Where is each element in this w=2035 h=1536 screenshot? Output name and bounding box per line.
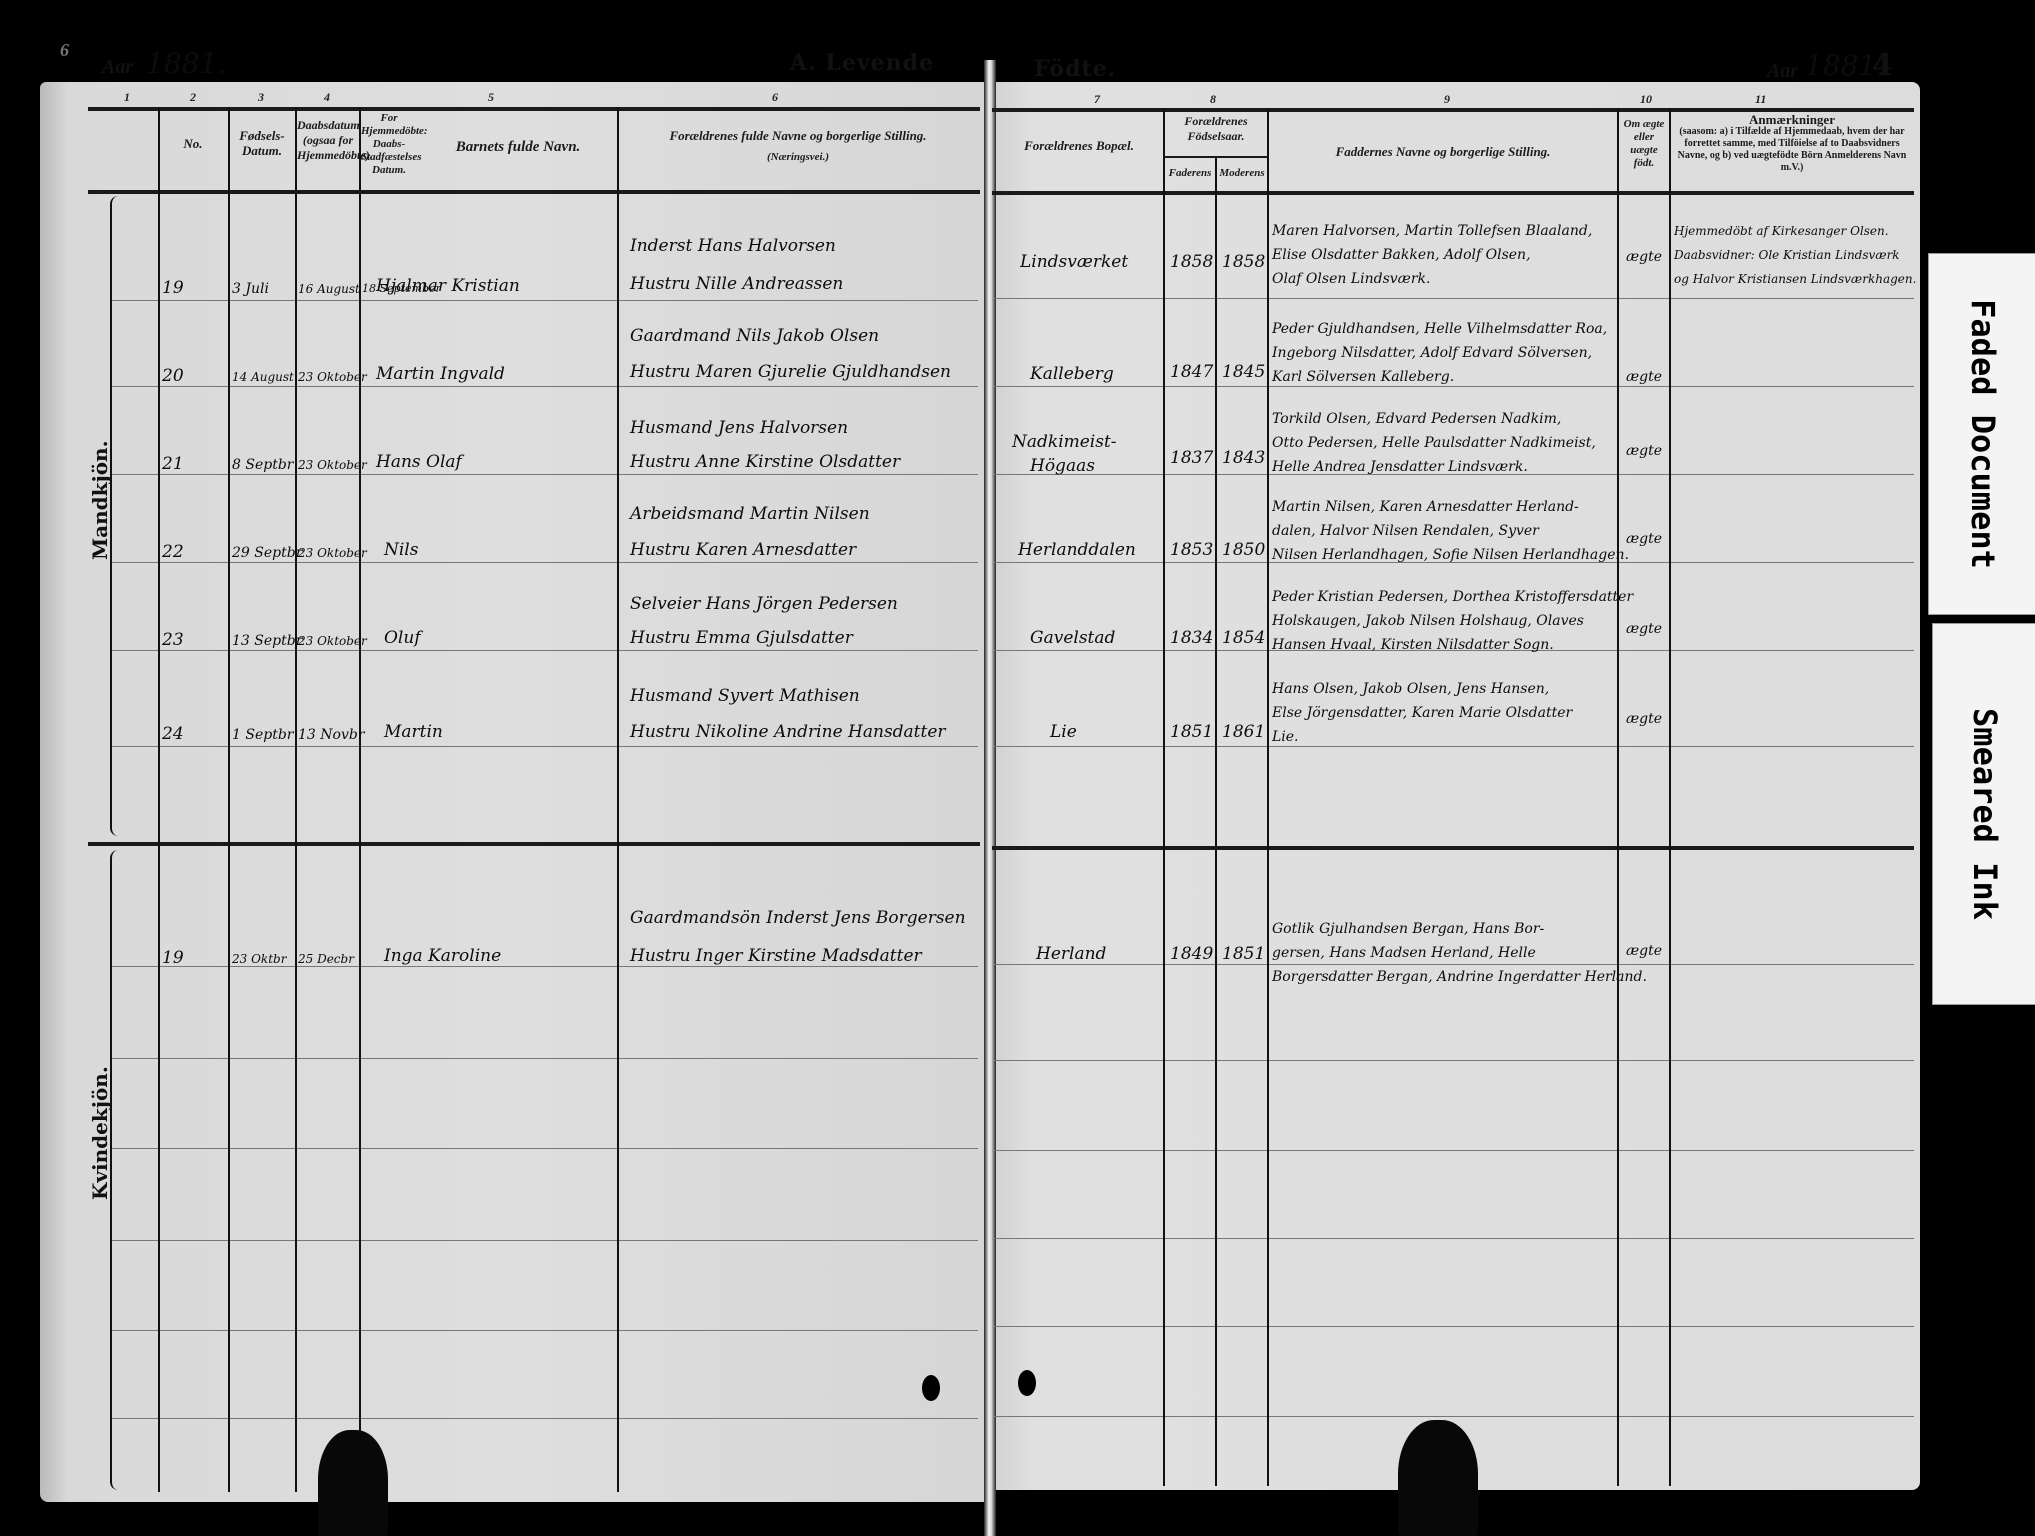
entry-child-name: Martin Ingvald <box>376 364 505 384</box>
entry-godparents-line: Torkild Olsen, Edvard Pedersen Nadkim, <box>1272 408 1561 430</box>
col-number: 10 <box>1640 92 1652 107</box>
row-rule <box>994 1150 1914 1151</box>
entry-godparents-line: Hansen Hvaal, Kirsten Nilsdatter Sogn. <box>1272 634 1554 656</box>
entry-no: 19 <box>162 278 184 298</box>
column-rule <box>295 107 297 1492</box>
col-number: 6 <box>772 90 778 105</box>
header-father-year: Faderens <box>1166 166 1214 181</box>
col-number: 9 <box>1444 92 1450 107</box>
entry-father: Arbeidsmand Martin Nilsen <box>630 504 870 524</box>
entry-mother-year: 1843 <box>1222 448 1265 468</box>
entry-godparents-line: Else Jörgensdatter, Karen Marie Olsdatte… <box>1272 702 1572 724</box>
entry-no: 22 <box>162 542 184 562</box>
row-rule <box>110 300 978 301</box>
entry-godparents-line: Ingeborg Nilsdatter, Adolf Edvard Sölver… <box>1272 342 1592 364</box>
entry-godparents-line: Gotlik Gjulhandsen Bergan, Hans Bor- <box>1272 918 1544 940</box>
binding-clasp-right <box>1018 1370 1036 1396</box>
entry-father: Selveier Hans Jörgen Pedersen <box>630 594 898 614</box>
row-rule <box>994 964 1914 965</box>
entry-residence: Kalleberg <box>1030 364 1114 384</box>
entry-residence: Lindsværket <box>1020 252 1128 272</box>
row-rule <box>110 1148 978 1149</box>
book-spine <box>984 60 996 1536</box>
page-number: 4 <box>1872 48 1893 83</box>
section-label-female: Kvindekjön. <box>88 1066 112 1200</box>
entry-residence: Lie <box>1050 722 1077 742</box>
entry-father-year: 1849. <box>1170 944 1219 964</box>
entry-no: 21 <box>162 454 184 474</box>
entry-father-year: 1851 <box>1170 722 1213 742</box>
right-page <box>995 82 1920 1490</box>
entry-remarks-line: og Halvor Kristiansen Lindsværkhagen. <box>1674 268 1916 290</box>
entry-father-year: 1853 <box>1170 540 1213 560</box>
row-rule <box>110 746 978 747</box>
entry-child-name: Martin <box>384 722 443 742</box>
entry-legitimacy: ægte <box>1626 940 1662 962</box>
entry-birth-date: 3 Juli <box>232 278 269 300</box>
entry-mother-year: 1854. <box>1222 628 1271 648</box>
entry-baptism-date: 13 Novbr <box>298 724 365 746</box>
column-rule <box>228 107 230 1492</box>
header-bottom-rule <box>88 190 980 194</box>
header-bottom-rule <box>992 191 1914 195</box>
entry-godparents-line: Lie. <box>1272 726 1299 748</box>
column-rule <box>1163 108 1165 1486</box>
entry-legitimacy: ægte <box>1626 528 1662 550</box>
section-divider <box>88 842 980 846</box>
entry-legitimacy: ægte <box>1626 618 1662 640</box>
entry-legitimacy: ægte <box>1626 366 1662 388</box>
entry-mother-year: 1851 <box>1222 944 1265 964</box>
binding-clasp-left <box>922 1375 940 1401</box>
entry-godparents-line: Otto Pedersen, Helle Paulsdatter Nadkime… <box>1272 432 1596 454</box>
entry-father: Husmand Syvert Mathisen <box>630 686 860 706</box>
header-legitimacy: Om ægte eller uægte födt. <box>1620 118 1668 170</box>
year-value-left: 1881. <box>146 48 226 80</box>
thumb-shadow-left <box>318 1430 388 1536</box>
entry-father-year: 1858 <box>1170 252 1213 272</box>
row-rule <box>994 1416 1914 1417</box>
header-birth-years: Forældrenes Födselsaar. <box>1166 114 1266 144</box>
entry-baptism-date: 25 Decbr <box>298 948 354 970</box>
col-number: 3 <box>258 90 264 105</box>
entry-godparents-line: Holskaugen, Jakob Nilsen Holshaug, Olave… <box>1272 610 1584 632</box>
year-label-left: Aar <box>102 56 133 79</box>
tab-label: Faded Document <box>1964 299 2002 569</box>
entry-baptism-date: 23 Oktober <box>298 630 367 652</box>
thumb-shadow-right <box>1398 1420 1478 1536</box>
entry-birth-date: 14 August <box>232 366 294 388</box>
entry-mother-year: 1861 <box>1222 722 1265 742</box>
entry-godparents-line: Borgersdatter Bergan, Andrine Ingerdatte… <box>1272 966 1647 988</box>
row-rule <box>110 1330 978 1331</box>
column-rule <box>359 107 361 1492</box>
entry-birth-date: 1 Septbr <box>232 724 293 746</box>
col-number: 8 <box>1210 92 1216 107</box>
title-left: A. Levende <box>790 50 934 76</box>
entry-godparents-line: Olaf Olsen Lindsværk. <box>1272 268 1430 290</box>
entry-father-year: 1837 <box>1170 448 1213 468</box>
section-divider <box>992 846 1914 850</box>
title-right: Födte. <box>1034 56 1116 82</box>
entry-child-name: Hjalmar Kristian <box>376 276 520 296</box>
entry-birth-date: 13 Septbr <box>232 630 302 652</box>
entry-no: 23 <box>162 630 184 650</box>
entry-residence: Gavelstad <box>1030 628 1115 648</box>
entry-remarks-line: Hjemmedöbt af Kirkesanger Olsen. <box>1674 220 1889 242</box>
entry-mother: Hustru Maren Gjurelie Gjuldhandsen <box>630 362 951 382</box>
header-home-baptized: For Hjemmedöbte: Daabs-Stadfæstelses Dat… <box>361 112 417 177</box>
column-rule <box>1617 108 1619 1486</box>
entry-godparents-line: Karl Sölversen Kalleberg. <box>1272 366 1454 388</box>
entry-baptism-date: 23 Oktober <box>298 366 367 388</box>
header-parents-names: Forældrenes fulde Navne og borgerlige St… <box>620 128 976 143</box>
entry-father-year: 1847 <box>1170 362 1213 382</box>
entry-father: Gaardmandsön Inderst Jens Borgersen <box>630 908 966 928</box>
entry-remarks-line: Daabsvidner: Ole Kristian Lindsværk <box>1674 244 1900 266</box>
column-rule <box>617 107 619 1492</box>
col-number: 1 <box>124 90 130 105</box>
entry-godparents-line: Peder Gjuldhandsen, Helle Vilhelmsdatter… <box>1272 318 1607 340</box>
header-mother-year: Moderens <box>1217 166 1267 181</box>
entry-residence: Herland <box>1036 944 1106 964</box>
entry-baptism-date: 23 Oktober <box>298 542 367 564</box>
row-rule <box>994 1326 1914 1327</box>
column-rule <box>1669 108 1671 1486</box>
entry-mother: Hustru Anne Kirstine Olsdatter <box>630 452 900 472</box>
entry-residence: Högaas <box>1030 456 1095 476</box>
entry-baptism-date: 16 August <box>298 278 360 300</box>
entry-birth-date: 23 Oktbr <box>232 948 286 970</box>
entry-legitimacy: ægte <box>1626 708 1662 730</box>
entry-child-name: Nils <box>384 540 418 560</box>
header-child-name: Barnets fulde Navn. <box>420 140 616 155</box>
row-rule <box>994 1238 1914 1239</box>
entry-godparents-line: gersen, Hans Madsen Herland, Helle <box>1272 942 1536 964</box>
column-rule <box>158 107 160 1492</box>
header-baptism-date: Daabsdatum (ogsaa for Hjemmedöbte). <box>297 118 359 163</box>
column-rule <box>1267 108 1269 1486</box>
row-rule <box>110 1418 978 1419</box>
col-number: 5 <box>488 90 494 105</box>
entry-residence: Herlanddalen <box>1018 540 1136 560</box>
entry-child-name: Hans Olaf <box>376 452 462 472</box>
row-rule <box>110 1058 978 1059</box>
row-rule <box>110 1240 978 1241</box>
tab-faded-document[interactable]: Faded Document <box>1928 253 2035 615</box>
header-parents-occupation: (Næringsvei.) <box>620 150 976 165</box>
page-marker: 6 <box>60 40 69 61</box>
entry-legitimacy: ægte <box>1626 440 1662 462</box>
header-no: No. <box>160 136 226 151</box>
col-number: 7 <box>1094 92 1100 107</box>
tab-label: Smeared Ink <box>1966 708 2004 920</box>
col-number: 2 <box>190 90 196 105</box>
entry-godparents-line: Elise Olsdatter Bakken, Adolf Olsen, <box>1272 244 1531 266</box>
entry-godparents-line: Maren Halvorsen, Martin Tollefsen Blaala… <box>1272 220 1592 242</box>
entry-mother-year: 1858 <box>1222 252 1265 272</box>
section-label-male: Mandkjön. <box>88 440 112 560</box>
entry-father: Inderst Hans Halvorsen <box>630 236 836 256</box>
entry-godparents-line: Hans Olsen, Jakob Olsen, Jens Hansen, <box>1272 678 1549 700</box>
entry-godparents-line: Helle Andrea Jensdatter Lindsværk. <box>1272 456 1528 478</box>
header-birth-date: Fødsels-Datum. <box>230 128 294 158</box>
entry-birth-date: 8 Septbr <box>232 454 293 476</box>
tab-smeared-ink[interactable]: Smeared Ink <box>1932 623 2035 1005</box>
entry-father: Husmand Jens Halvorsen <box>630 418 848 438</box>
year-label-right: Aar <box>1767 60 1798 83</box>
entry-child-name: Oluf <box>384 628 421 648</box>
entry-godparents-line: Nilsen Herlandhagen, Sofie Nilsen Herlan… <box>1272 544 1629 566</box>
col-number: 4 <box>324 90 330 105</box>
entry-godparents-line: dalen, Halvor Nilsen Rendalen, Syver <box>1272 520 1539 542</box>
entry-child-name: Inga Karoline <box>384 946 501 966</box>
row-rule <box>994 298 1914 299</box>
entry-baptism-date: 23 Oktober <box>298 454 367 476</box>
entry-mother: Hustru Nikoline Andrine Hansdatter <box>630 722 946 742</box>
entry-mother-year: 1845. <box>1222 362 1271 382</box>
column-rule <box>1215 156 1217 1486</box>
entry-mother: Hustru Nille Andreassen <box>630 274 843 294</box>
row-rule <box>994 1060 1914 1061</box>
header-godparents: Faddernes Navne og borgerlige Stilling. <box>1270 144 1616 159</box>
entry-legitimacy: ægte <box>1626 246 1662 268</box>
entry-mother: Hustru Inger Kirstine Madsdatter <box>630 946 922 966</box>
col-number: 11 <box>1755 92 1766 107</box>
entry-father: Gaardmand Nils Jakob Olsen <box>630 326 879 346</box>
entry-no: 24 <box>162 724 184 744</box>
entry-godparents-line: Peder Kristian Pedersen, Dorthea Kristof… <box>1272 586 1633 608</box>
entry-residence: Nadkimeist- <box>1012 432 1117 452</box>
entry-birth-date: 29 Septbr <box>232 542 302 564</box>
row-rule <box>994 746 1914 747</box>
header-top-rule <box>88 107 980 111</box>
header-remarks-note: (saasom: a) i Tilfælde af Hjemmedaab, hv… <box>1672 126 1912 174</box>
entry-no: 20 <box>162 366 184 386</box>
entry-mother: Hustru Karen Arnesdatter <box>630 540 856 560</box>
entry-mother-year: 1850. <box>1222 540 1271 560</box>
entry-father-year: 1834 <box>1170 628 1213 648</box>
entry-godparents-line: Martin Nilsen, Karen Arnesdatter Herland… <box>1272 496 1579 518</box>
entry-mother: Hustru Emma Gjulsdatter <box>630 628 853 648</box>
header-remarks-title: Anmærkninger <box>1672 112 1912 127</box>
entry-no: 19 <box>162 948 184 968</box>
header-residence: Forældrenes Bopæl. <box>996 138 1162 153</box>
